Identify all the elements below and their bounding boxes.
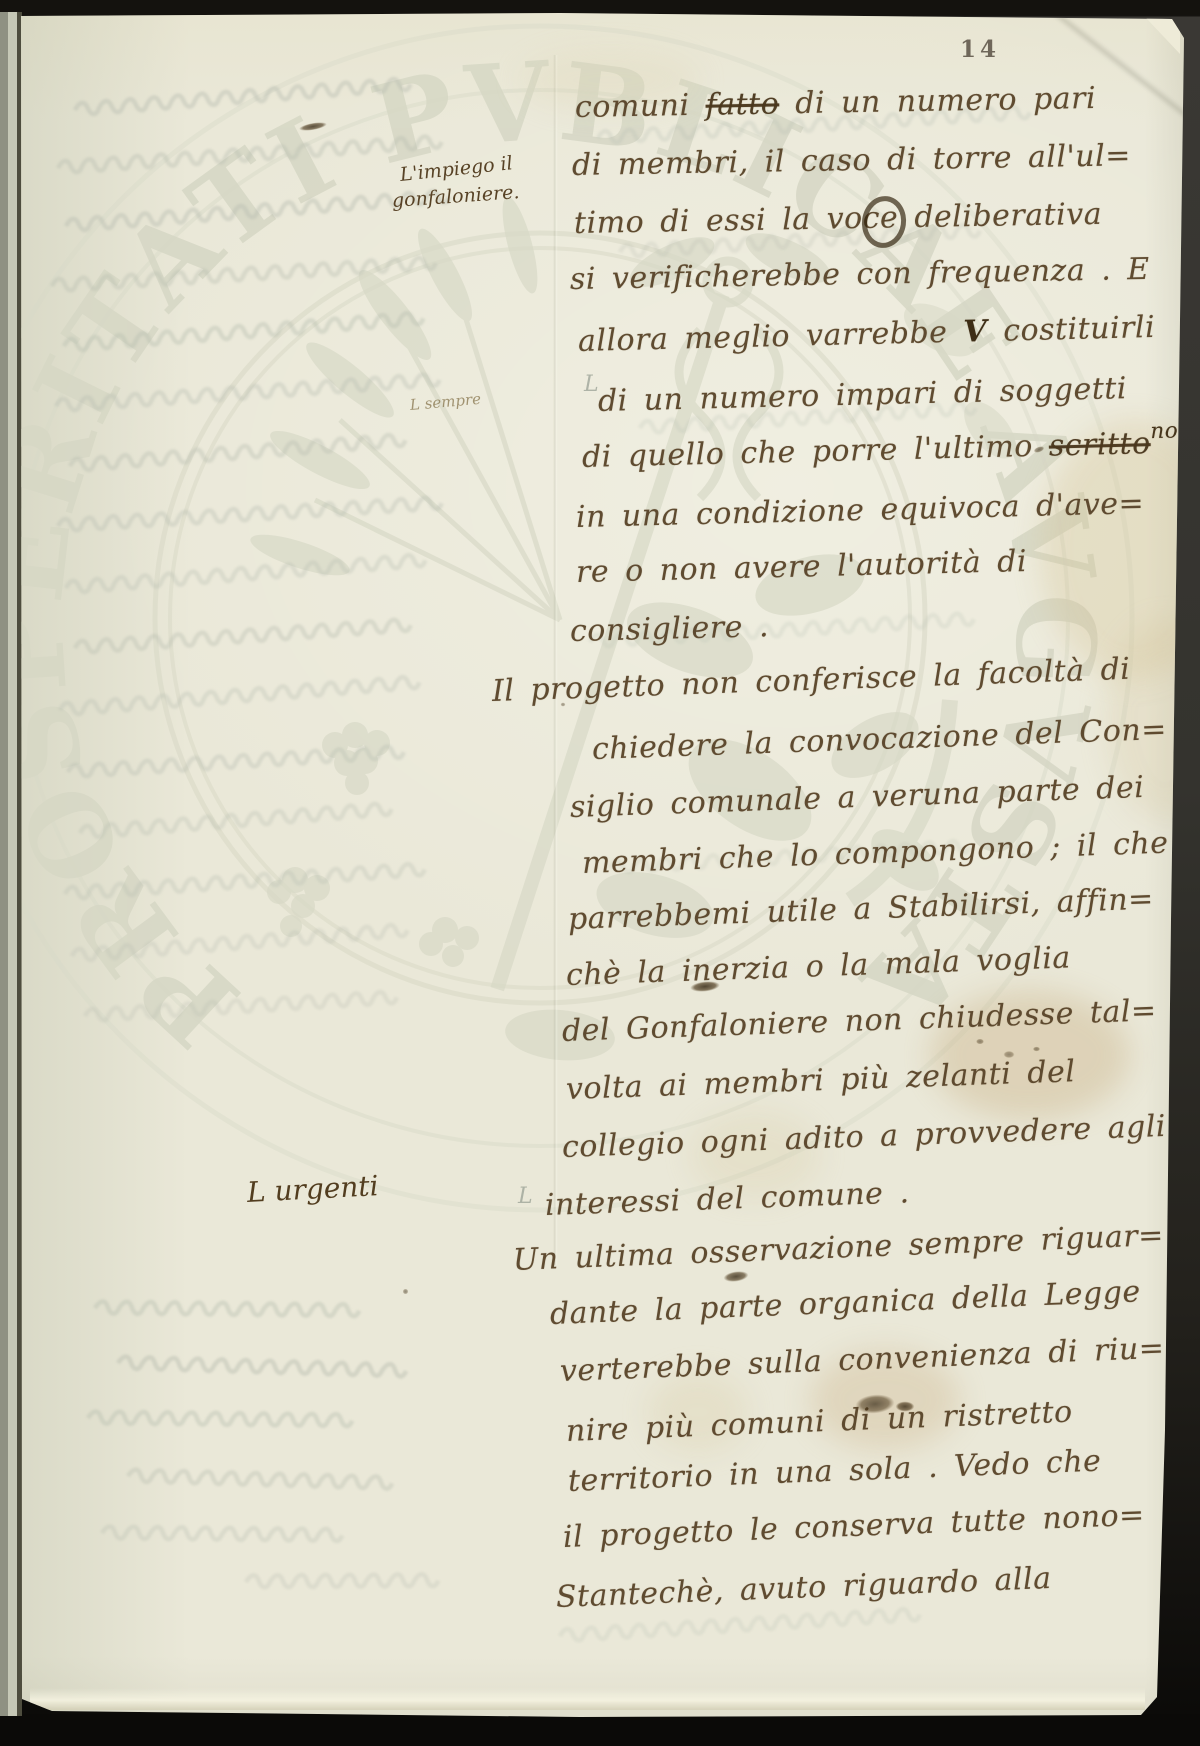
underlying-page-edge bbox=[8, 12, 17, 1716]
ink-blot bbox=[975, 1038, 985, 1045]
ink-blot bbox=[1032, 1046, 1041, 1052]
ink-blot bbox=[685, 978, 724, 995]
ink-blot bbox=[560, 702, 566, 707]
scan-top-border bbox=[0, 0, 1200, 15]
scan-bottom-border bbox=[0, 1714, 1200, 1746]
ink-blot bbox=[719, 1268, 752, 1285]
ink-blot bbox=[859, 193, 910, 251]
ink-blot bbox=[893, 1400, 917, 1413]
ink-blot bbox=[294, 119, 331, 134]
manuscript-page: PROSPERITATI PVBLICAE AVGVSTA bbox=[0, 0, 1200, 1746]
manuscript-scan: PROSPERITATI PVBLICAE AVGVSTA bbox=[0, 0, 1200, 1746]
ink-blot bbox=[1002, 1050, 1016, 1059]
ink-blot bbox=[402, 1288, 409, 1295]
ink-blots bbox=[0, 0, 1200, 1746]
binding-edge bbox=[0, 12, 8, 1716]
ink-blot bbox=[1031, 444, 1047, 455]
